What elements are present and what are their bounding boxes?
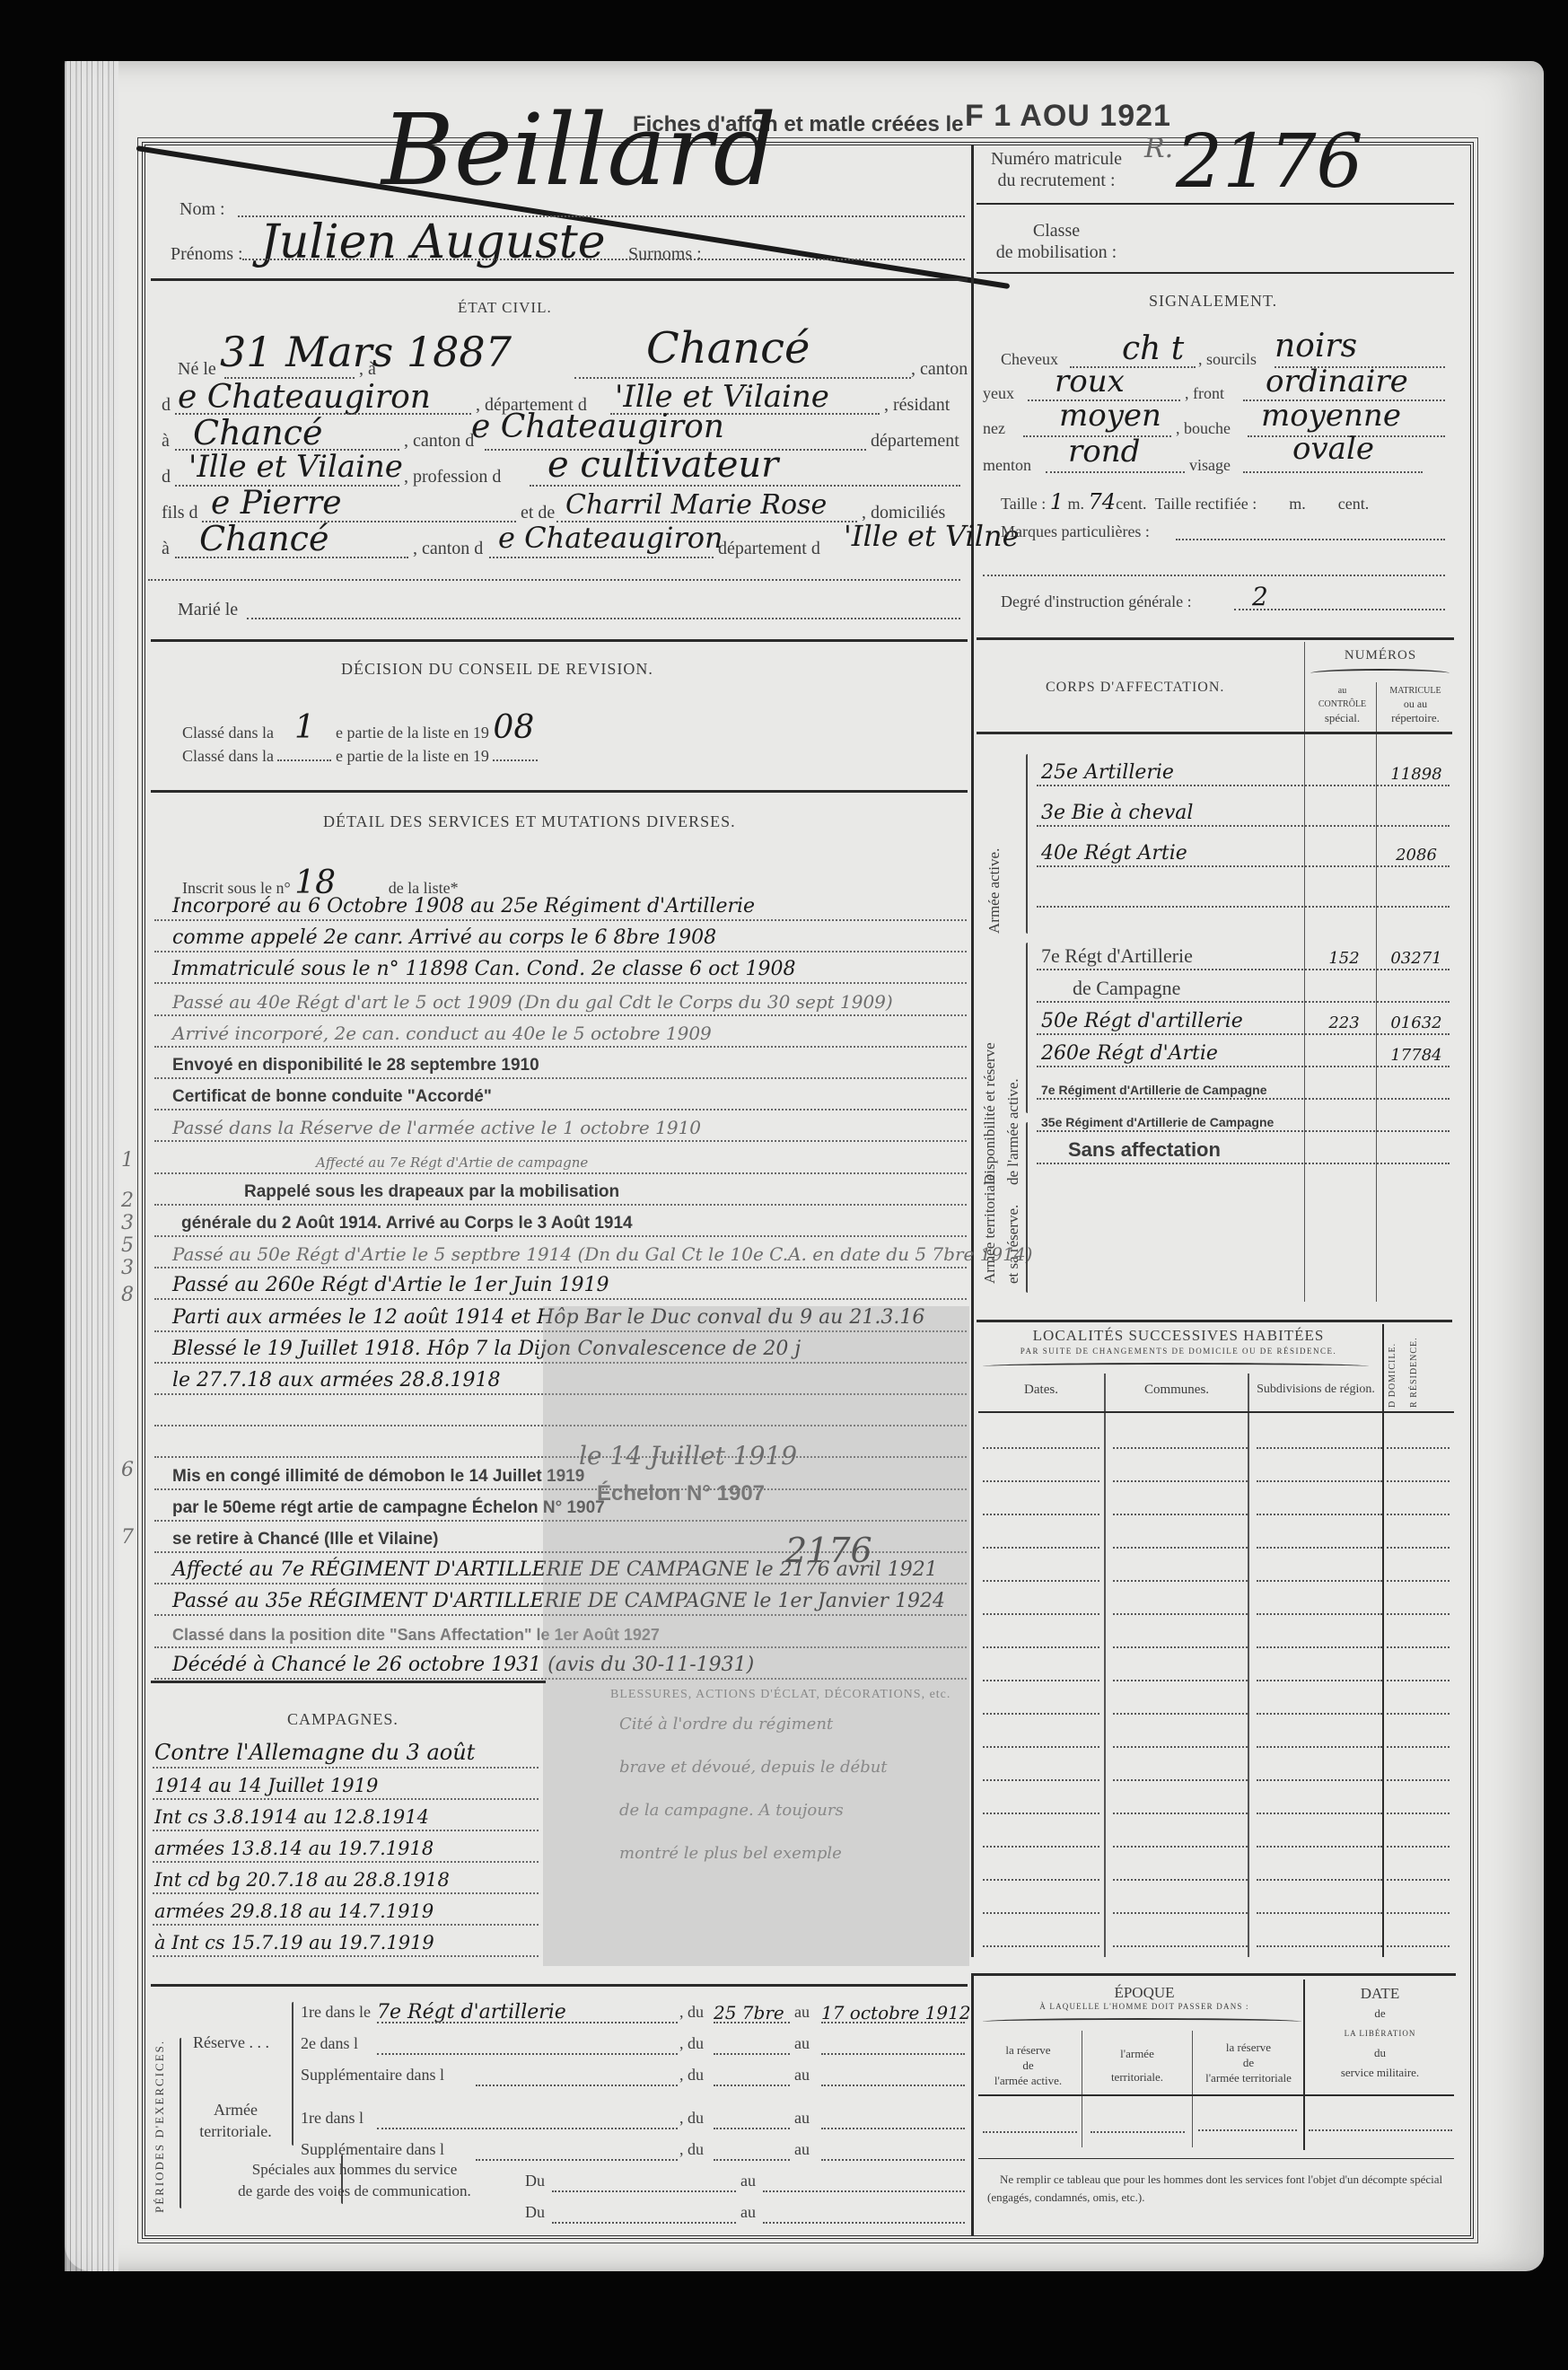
localites-subtitle: PAR SUITE DE CHANGEMENTS DE DOMICILE OU … — [977, 1347, 1380, 1356]
campagnes-title: CAMPAGNES. — [287, 1710, 399, 1729]
a-label: , à — [359, 359, 376, 380]
section-territoriale: Armée territoriale et sa réserve. — [978, 1122, 1025, 1284]
corps-row — [1032, 875, 1454, 908]
margin-number: 7 — [121, 1526, 134, 1549]
mere-value: Charril Marie Rose — [565, 489, 827, 521]
residence-value: Chancé — [193, 413, 322, 452]
signalement-title: SIGNALEMENT. — [1149, 292, 1277, 311]
service-line: Passé dans la Réserve de l'armée active … — [154, 1110, 967, 1142]
reserve-label: Réserve . . . — [193, 2033, 269, 2052]
blessure-line: Cité à l'ordre du régiment — [619, 1715, 833, 1734]
corps-row: 35e Régiment d'Artillerie de Campagne — [1032, 1100, 1454, 1132]
col-subdivisions: Subdivisions de région. — [1249, 1382, 1382, 1397]
service-line: générale du 2 Août 1914. Arrivé au Corps… — [154, 1205, 967, 1237]
campagne-line: 1914 au 14 Juillet 1919 — [153, 1769, 539, 1800]
epoque-title: ÉPOQUE — [978, 1984, 1310, 2002]
profession-value: e cultivateur — [547, 444, 778, 486]
campagne-line: Int cd bg 20.7.18 au 28.8.1918 — [153, 1863, 539, 1894]
cheveux-value: ch t — [1122, 330, 1184, 367]
localite-row — [978, 1751, 1454, 1784]
margin-number: 5 — [121, 1234, 134, 1257]
localite-row — [978, 1418, 1454, 1452]
campagne-line: armées 29.8.18 au 14.7.1919 — [153, 1894, 539, 1926]
localites-title: LOCALITÉS SUCCESSIVES HABITÉES — [977, 1327, 1380, 1345]
localite-row — [978, 1717, 1454, 1751]
periodes-exercices-label: PÉRIODES D'EXERCICES. — [153, 1997, 167, 2213]
conseil-revision-title: DÉCISION DU CONSEIL DE REVISION. — [341, 660, 653, 679]
epoque-col-reserve-active: la réservedel'armée active. — [977, 2042, 1080, 2088]
taille-cent-value: 74 — [1089, 489, 1117, 514]
blessure-line: de la campagne. A toujours — [619, 1801, 844, 1820]
yeux-value: roux — [1055, 364, 1125, 399]
corps-row: 40e Régt Artie2086 — [1032, 835, 1454, 867]
surnoms-label: Surnoms : — [628, 244, 702, 265]
departement-domicile: 'Ille et Vilne — [844, 519, 1020, 553]
front-value: ordinaire — [1266, 364, 1408, 399]
corps-row: 260e Régt d'Artie17784 — [1032, 1035, 1454, 1067]
lieu-naissance: Chancé — [646, 323, 810, 373]
epoque-col-territoriale: l'arméeterritoriale. — [1084, 2042, 1190, 2089]
page-stack-edge — [65, 61, 118, 2271]
localite-row — [978, 1518, 1454, 1551]
campagne-line: armées 13.8.14 au 19.7.1918 — [153, 1831, 539, 1863]
margin-number: 1 — [121, 1149, 134, 1172]
nez-value: moyen — [1059, 398, 1161, 434]
localite-row — [978, 1485, 1454, 1518]
margin-number: 3 — [121, 1257, 134, 1279]
localite-row — [978, 1850, 1454, 1883]
matricule-prefix: R. — [1144, 133, 1173, 164]
taille-m-value: 1 — [1050, 489, 1064, 514]
campagne-line: Int cs 3.8.1914 au 12.8.1914 — [153, 1800, 539, 1831]
localite-row — [978, 1684, 1454, 1717]
localite-row — [978, 1784, 1454, 1817]
col-controle-header: au CONTRÔLE spécial. — [1309, 684, 1376, 724]
margin-number: 2 — [121, 1189, 134, 1212]
column-divider — [971, 145, 974, 1957]
localite-row — [978, 1883, 1454, 1917]
service-line: Passé au 260e Régt d'Artie le 1er Juin 1… — [154, 1268, 967, 1300]
stamp-date: F 1 AOU 1921 — [965, 99, 1171, 134]
margin-number: 8 — [121, 1284, 134, 1306]
numeros-title: NUMÉROS — [1309, 648, 1452, 663]
bouche-value: moyenne — [1261, 398, 1401, 434]
exercice-row: Supplémentaire dans l, duau — [301, 2058, 969, 2088]
canton-residence: e Chateaugiron — [471, 408, 724, 445]
sourcils-value: noirs — [1275, 328, 1357, 364]
territoriale-label: Armée territoriale. — [180, 2099, 292, 2142]
blessure-line: brave et dévoué, depuis le début — [619, 1758, 888, 1777]
section-armee-active: Armée active. — [985, 754, 1003, 934]
epoque-note: Ne remplir ce tableau que pour les homme… — [987, 2171, 1445, 2207]
epoque-col-reserve-territoriale: la réservedel'armée territoriale — [1194, 2040, 1303, 2085]
speciale-row: Duau — [301, 2195, 969, 2225]
taille-row: Taille : 1 m. 74cent. Taille rectifiée :… — [1001, 489, 1369, 514]
departement-residence: 'Ille et Vilaine — [188, 449, 403, 485]
speciale-row: Duau — [301, 2164, 969, 2194]
corps-row: 7e Régt d'Artillerie15203271 — [1032, 938, 1454, 970]
exercice-row: 1re dans l, duau — [301, 2101, 969, 2131]
domicile-value: Chancé — [199, 519, 328, 558]
pere-value: e Pierre — [211, 485, 342, 522]
canton-domicile: e Chateaugiron — [498, 521, 723, 555]
menton-value: rond — [1068, 434, 1140, 470]
col-residence: R RÉSIDENCE. — [1409, 1327, 1419, 1408]
etat-civil-title: ÉTAT CIVIL. — [458, 299, 552, 317]
epoque-subtitle: À LAQUELLE L'HOMME DOIT PASSER DANS : — [978, 2002, 1310, 2011]
pasted-slip: le 14 Juillet 1919 Échelon N° 1907 2176 — [543, 1306, 969, 1966]
service-line: Affecté au 7e Régt d'Artie de campagne — [154, 1142, 967, 1174]
corps-affectation-title: CORPS D'AFFECTATION. — [1046, 680, 1224, 696]
prenoms-value: Julien Auguste — [260, 215, 606, 269]
service-line: Rappelé sous les drapeaux par la mobilis… — [154, 1173, 967, 1206]
classe-label: Classe de mobilisation : — [980, 220, 1133, 263]
classe-row-1: Classé dans la 1 e partie de la liste en… — [182, 709, 534, 746]
service-line: Envoyé en disponibilité le 28 septembre … — [154, 1047, 967, 1079]
corps-row: 7e Régiment d'Artillerie de Campagne — [1032, 1067, 1454, 1100]
localite-row — [978, 1817, 1454, 1850]
localite-row — [978, 1651, 1454, 1684]
service-line: Arrivé incorporé, 2e can. conduct au 40e… — [154, 1015, 967, 1048]
campagne-line: à Int cs 15.7.19 au 19.7.1919 — [153, 1926, 539, 1957]
nom-value: Beillard — [381, 101, 776, 199]
campagne-line: Contre l'Allemagne du 3 août — [153, 1737, 539, 1769]
corps-row: de Campagne — [1032, 970, 1454, 1003]
degre-value: 2 — [1252, 582, 1268, 611]
matricule-value: 2176 — [1176, 126, 1363, 199]
localite-row — [978, 1917, 1454, 1950]
exercice-row: 1re dans le7e Régt d'artillerie, du25 7b… — [301, 1995, 969, 2025]
services-title: DÉTAIL DES SERVICES ET MUTATIONS DIVERSE… — [323, 812, 736, 831]
service-line: Passé au 40e Régt d'art le 5 oct 1909 (D… — [154, 984, 967, 1016]
service-line: comme appelé 2e canr. Arrivé au corps le… — [154, 920, 967, 952]
localite-row — [978, 1452, 1454, 1485]
col-dates: Dates. — [978, 1382, 1104, 1398]
margin-number: 3 — [121, 1212, 134, 1234]
nom-label: Nom : — [180, 199, 225, 220]
service-line: Immatriculé sous le n° 11898 Can. Cond. … — [154, 952, 967, 984]
localite-row — [978, 1551, 1454, 1584]
date-liberation-header: DATE de LA LIBÉRATION du service militai… — [1306, 1984, 1454, 2083]
visage-value: ovale — [1292, 431, 1374, 467]
prenoms-label: Prénoms : — [171, 244, 243, 265]
corps-row: 3e Bie à cheval — [1032, 794, 1454, 827]
corps-row: 50e Régt d'artillerie22301632 — [1032, 1003, 1454, 1035]
margin-number: 6 — [121, 1459, 134, 1481]
col-domicile: D DOMICILE. — [1388, 1327, 1397, 1408]
blessure-line: montré le plus bel exemple — [619, 1844, 842, 1863]
classe-row-2: Classé dans la e partie de la liste en 1… — [182, 747, 538, 766]
blessures-title: BLESSURES, ACTIONS D'ÉCLAT, DÉCORATIONS,… — [610, 1688, 950, 1702]
exercice-row: Supplémentaire dans l, duau — [301, 2132, 969, 2163]
col-matricule-header: MATRICULE ou au répertoire. — [1380, 684, 1451, 724]
col-communes: Communes. — [1106, 1382, 1248, 1398]
localite-row — [978, 1618, 1454, 1651]
service-line: Incorporé au 6 Octobre 1908 au 25e Régim… — [154, 889, 967, 921]
service-line: Passé au 50e Régt d'Artie le 5 septbre 1… — [154, 1236, 967, 1268]
service-line: Certificat de bonne conduite "Accordé" — [154, 1078, 967, 1110]
corps-row: Sans affectation — [1032, 1132, 1454, 1164]
exercice-row: 2e dans l, duau — [301, 2026, 969, 2057]
localite-row — [978, 1584, 1454, 1618]
matricule-label: Numéro matricule du recrutement : — [980, 148, 1133, 191]
corps-row: 25e Artillerie11898 — [1032, 754, 1454, 786]
canton-naissance: e Chateaugiron — [178, 379, 431, 416]
